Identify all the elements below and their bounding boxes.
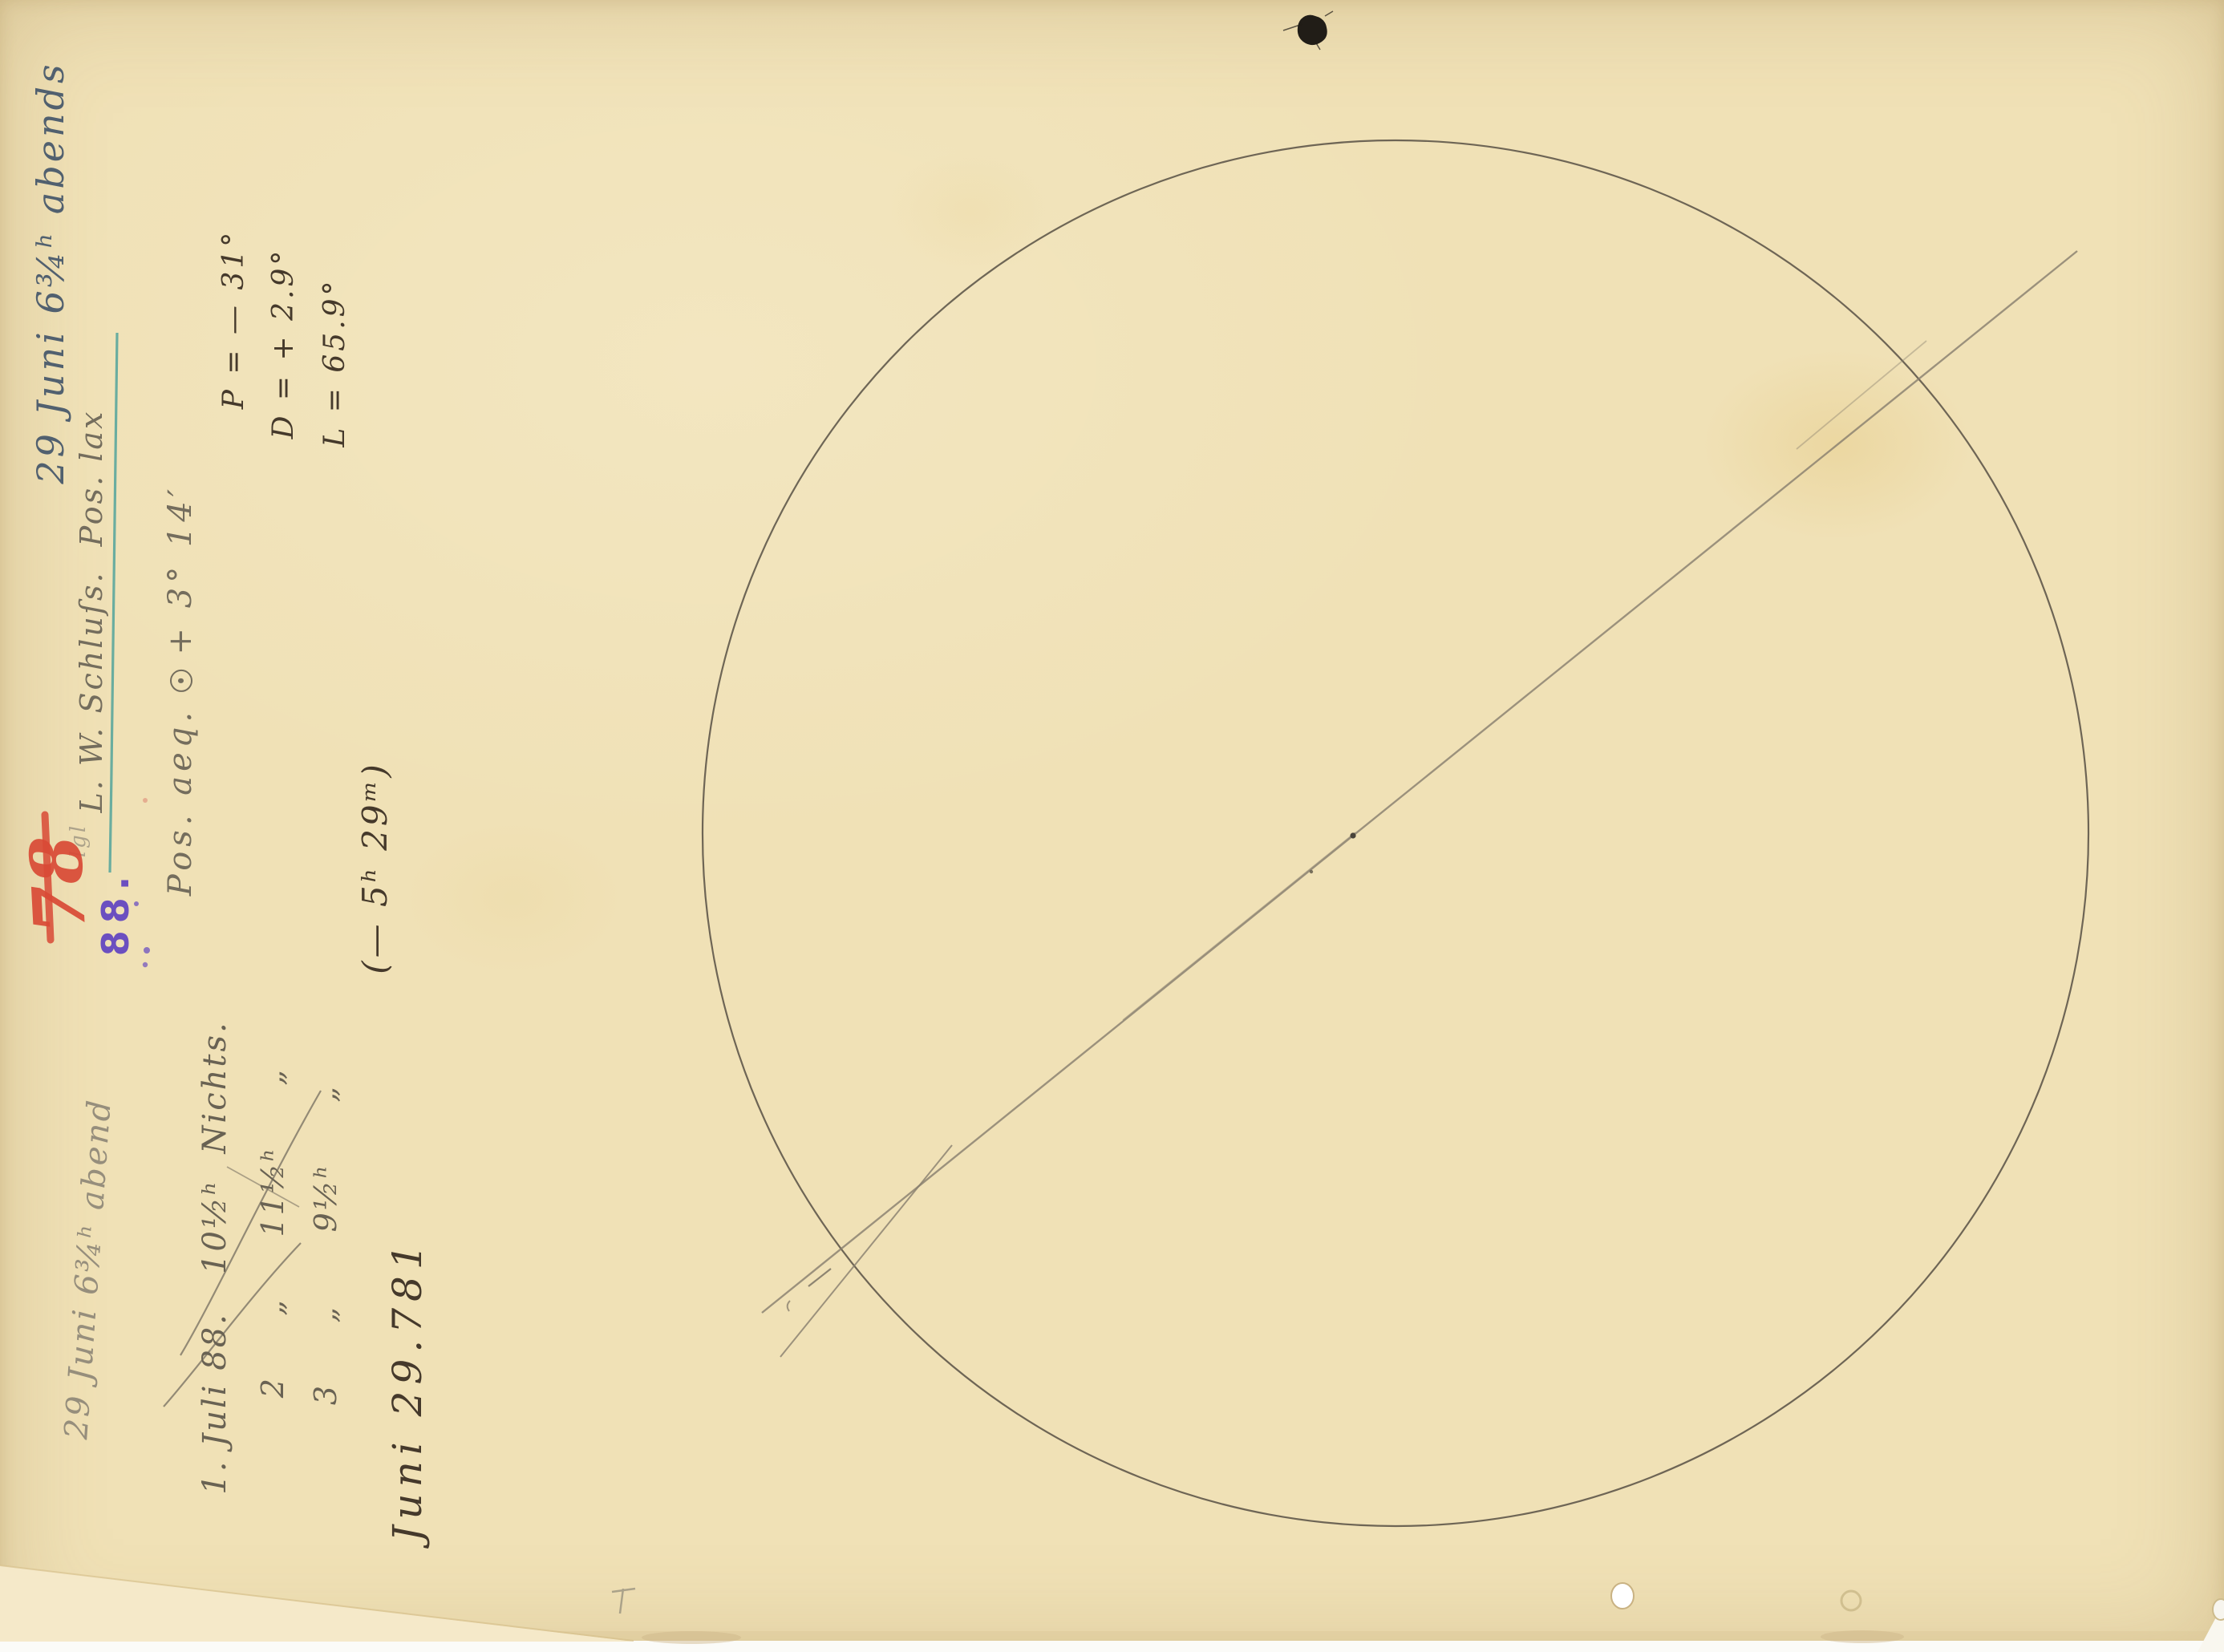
pos-aeq-annotation: Pos. aeq. + 3° 14′	[132, 484, 229, 956]
purple-speck-3	[143, 962, 148, 967]
transit-line-doubling	[1123, 832, 1355, 1020]
ink-blot	[1298, 15, 1327, 45]
transit-line	[762, 251, 2077, 1313]
observation-sheet: 29 Juni 6¾ʰ abends P = — 31° D = + 2.9° …	[0, 0, 2224, 1652]
position-angle-value: P = — 31°	[220, 229, 249, 410]
edge-smudge-1	[642, 1631, 741, 1644]
longitude-value: L = 65.9°	[321, 277, 350, 447]
declination-value: D = + 2.9°	[269, 248, 298, 439]
obs-row-2: 2 „ 11½ʰ „	[257, 1067, 288, 1398]
obs-row-3: 3 „ 9½ʰ „	[310, 1084, 341, 1405]
teal-underline	[110, 333, 117, 873]
hook-mark	[788, 1301, 790, 1311]
obs-row-1: 1. Juli 88. 10½ʰ Nichts.	[199, 1020, 231, 1494]
hour-offset-annotation: (— 5ʰ 29ᵐ)	[359, 761, 392, 974]
dot-on-line-2	[1310, 870, 1313, 873]
transit-line-secondary	[780, 1145, 952, 1357]
crossed-page-number: 78	[20, 834, 95, 936]
scan-bottom-strip	[0, 1641, 2224, 1652]
solar-disk-circle	[703, 140, 2088, 1526]
pos-aeq-suffix: + 3° 14′	[162, 484, 199, 670]
transit-line-faint-restroke	[1797, 341, 1926, 449]
punch-hole-3	[2213, 1599, 2224, 1620]
edge-smudge-2	[1821, 1630, 1904, 1643]
punch-hole-1	[1611, 1583, 1634, 1609]
observer-note: L. W. Schluſs. Pos. lax	[76, 410, 107, 813]
punch-hole-2	[1841, 1591, 1861, 1610]
bottom-date-annotation: Juni 29.781	[387, 1237, 427, 1541]
dot-on-line-1	[1350, 832, 1355, 838]
pin-mark	[612, 1589, 635, 1614]
top-date-annotation: 29 Juni 6¾ʰ abends	[32, 61, 69, 484]
sun-symbol-icon	[170, 670, 192, 692]
pos-aeq-prefix: Pos. aeq.	[162, 692, 199, 896]
stamped-page-number: 88.	[97, 869, 134, 957]
